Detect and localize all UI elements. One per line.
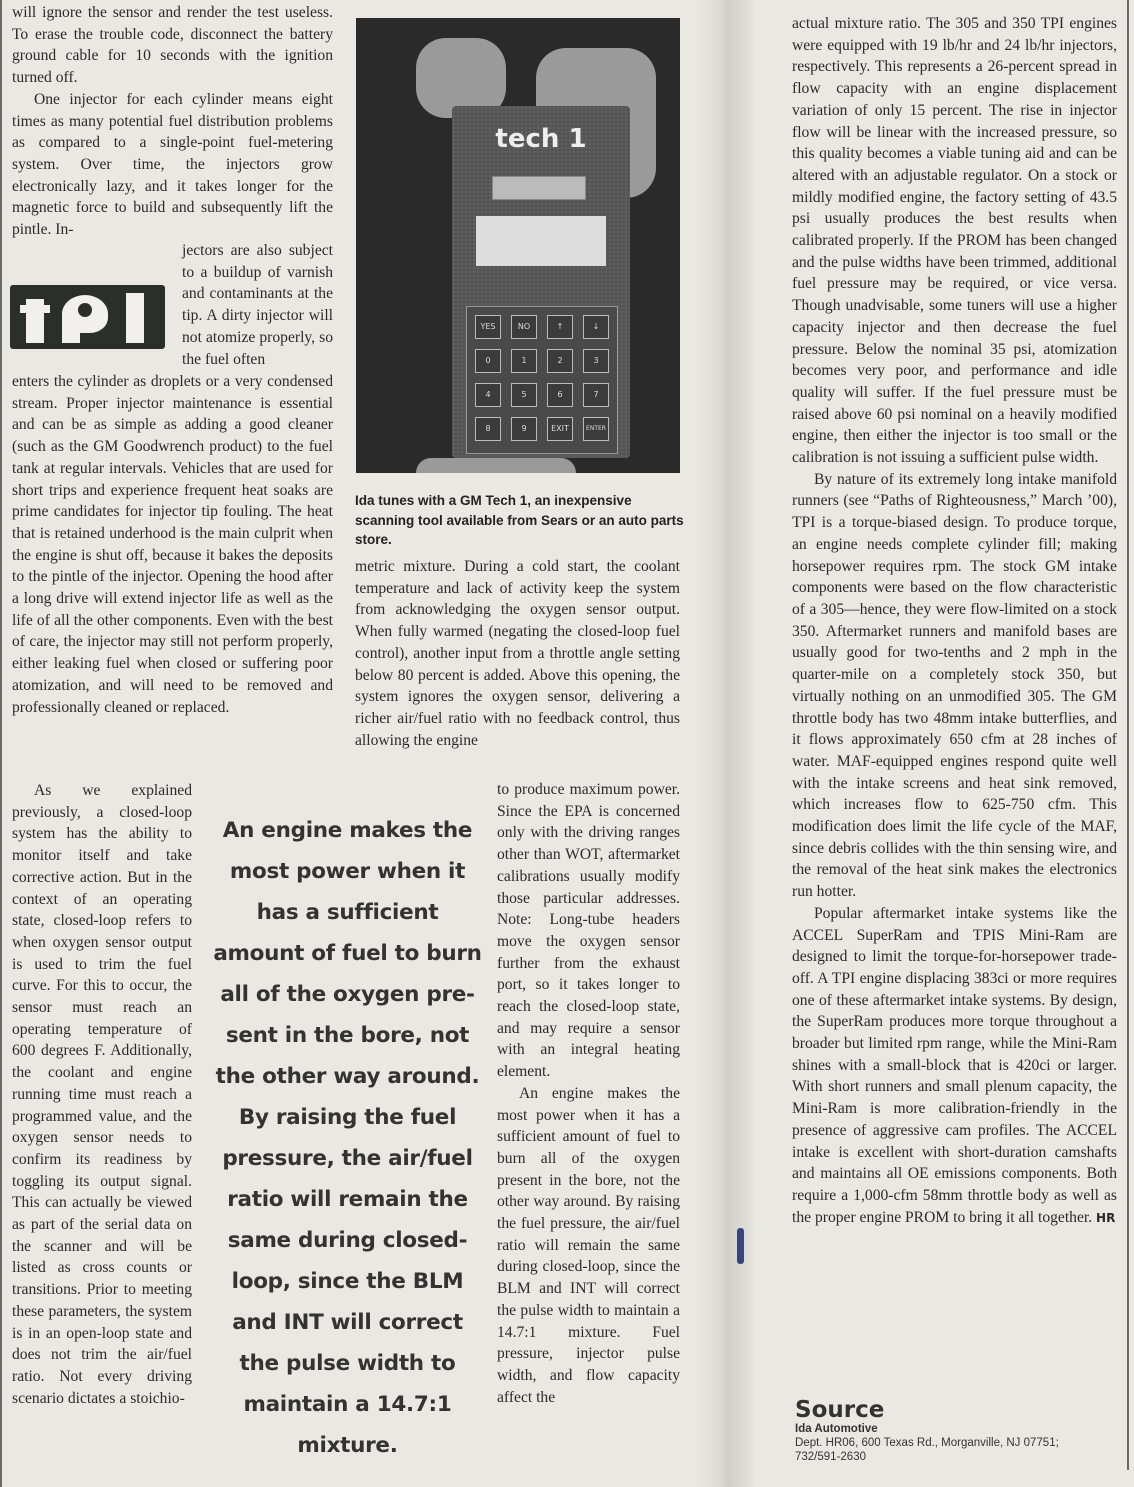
source-title: Source — [795, 1398, 1125, 1422]
paragraph: metric mixture. During a cold start, the… — [355, 556, 680, 751]
pull-quote: An engine makes the most power when it h… — [205, 810, 490, 1466]
end-mark-hr: HR — [1096, 1211, 1115, 1225]
paragraph: Popular aftermarket intake systems like … — [792, 903, 1117, 1230]
paragraph: An engine makes the most power when it h… — [497, 1083, 680, 1409]
tpi-logo-icon — [10, 285, 165, 349]
key-1: 1 — [511, 349, 537, 373]
key-8: 8 — [475, 417, 501, 441]
key-2: 2 — [547, 349, 573, 373]
key-down: ↓ — [583, 315, 609, 339]
device-label: tech 1 — [452, 124, 630, 154]
device-keypad: YES NO ↑ ↓ 0 1 2 3 4 5 6 7 8 9 EXIT ENTE… — [466, 306, 618, 454]
source-phone: 732/591-2630 — [795, 1450, 1125, 1464]
pull-quote-line: most power when it — [205, 851, 490, 892]
gm-badge-icon — [492, 176, 586, 200]
article-column-1-cont: enters the cylinder as droplets or a ver… — [12, 371, 333, 718]
pull-quote-line: loop, since the BLM — [205, 1261, 490, 1302]
pull-quote-line: pressure, the air/fuel — [205, 1138, 490, 1179]
paragraph: One injector for each cylinder means eig… — [12, 89, 333, 241]
pull-quote-line: By raising the fuel — [205, 1097, 490, 1138]
page-gutter — [695, 0, 755, 1487]
key-0: 0 — [475, 349, 501, 373]
pull-quote-line: the other way around. — [205, 1056, 490, 1097]
article-column-3: actual mixture ratio. The 305 and 350 TP… — [792, 13, 1117, 1229]
key-5: 5 — [511, 383, 537, 407]
pull-quote-line: sent in the bore, not — [205, 1015, 490, 1056]
article-column-2: metric mixture. During a cold start, the… — [355, 556, 680, 751]
source-company: Ida Automotive — [795, 1422, 1125, 1436]
hand-image — [416, 458, 576, 473]
key-up: ↑ — [547, 315, 573, 339]
scanner-device: tech 1 YES NO ↑ ↓ 0 1 2 3 4 5 6 7 8 9 EX… — [452, 106, 630, 458]
paragraph-text: Popular aftermarket intake systems like … — [792, 905, 1117, 1226]
key-6: 6 — [547, 383, 573, 407]
key-exit: EXIT — [547, 417, 573, 441]
ink-mark — [737, 1228, 744, 1264]
key-4: 4 — [475, 383, 501, 407]
paragraph: By nature of its extremely long intake m… — [792, 469, 1117, 903]
article-column-1: will ignore the sensor and render the te… — [12, 2, 333, 241]
pull-quote-line: mixture. — [205, 1425, 490, 1466]
pull-quote-line: and INT will correct — [205, 1302, 490, 1343]
paragraph: As we explained previously, a closed-loo… — [12, 780, 192, 1409]
key-7: 7 — [583, 383, 609, 407]
pull-quote-line: ratio will remain the — [205, 1179, 490, 1220]
pull-quote-line: has a sufficient — [205, 892, 490, 933]
key-no: NO — [511, 315, 537, 339]
paragraph: to produce maximum power. Since the EPA … — [497, 779, 680, 1083]
key-9: 9 — [511, 417, 537, 441]
right-margin-rule — [1127, 0, 1129, 1470]
pull-quote-line: An engine makes the — [205, 810, 490, 851]
pull-quote-line: amount of fuel to burn — [205, 933, 490, 974]
article-column-1-narrow: As we explained previously, a closed-loo… — [12, 780, 192, 1409]
pull-quote-line: all of the oxygen pre- — [205, 974, 490, 1015]
device-screen — [476, 216, 606, 266]
key-3: 3 — [583, 349, 609, 373]
pull-quote-line: same during closed- — [205, 1220, 490, 1261]
photo-caption: Ida tunes with a GM Tech 1, an inexpensi… — [355, 491, 685, 550]
source-box: Source Ida Automotive Dept. HR06, 600 Te… — [795, 1398, 1125, 1464]
source-address: Dept. HR06, 600 Texas Rd., Morganville, … — [795, 1436, 1125, 1450]
tech1-scanner-photo: tech 1 YES NO ↑ ↓ 0 1 2 3 4 5 6 7 8 9 EX… — [356, 18, 680, 473]
wrapped-paragraph: jectors are also subject to a buildup of… — [182, 240, 333, 370]
left-margin-rule — [0, 0, 2, 1487]
paragraph: enters the cylinder as droplets or a ver… — [12, 371, 333, 718]
key-enter: ENTER — [583, 417, 609, 441]
pull-quote-line: the pulse width to — [205, 1343, 490, 1384]
paragraph: actual mixture ratio. The 305 and 350 TP… — [792, 13, 1117, 469]
pull-quote-line: maintain a 14.7:1 — [205, 1384, 490, 1425]
key-yes: YES — [475, 315, 501, 339]
article-column-2-narrow: to produce maximum power. Since the EPA … — [497, 779, 680, 1408]
paragraph: will ignore the sensor and render the te… — [12, 2, 333, 89]
